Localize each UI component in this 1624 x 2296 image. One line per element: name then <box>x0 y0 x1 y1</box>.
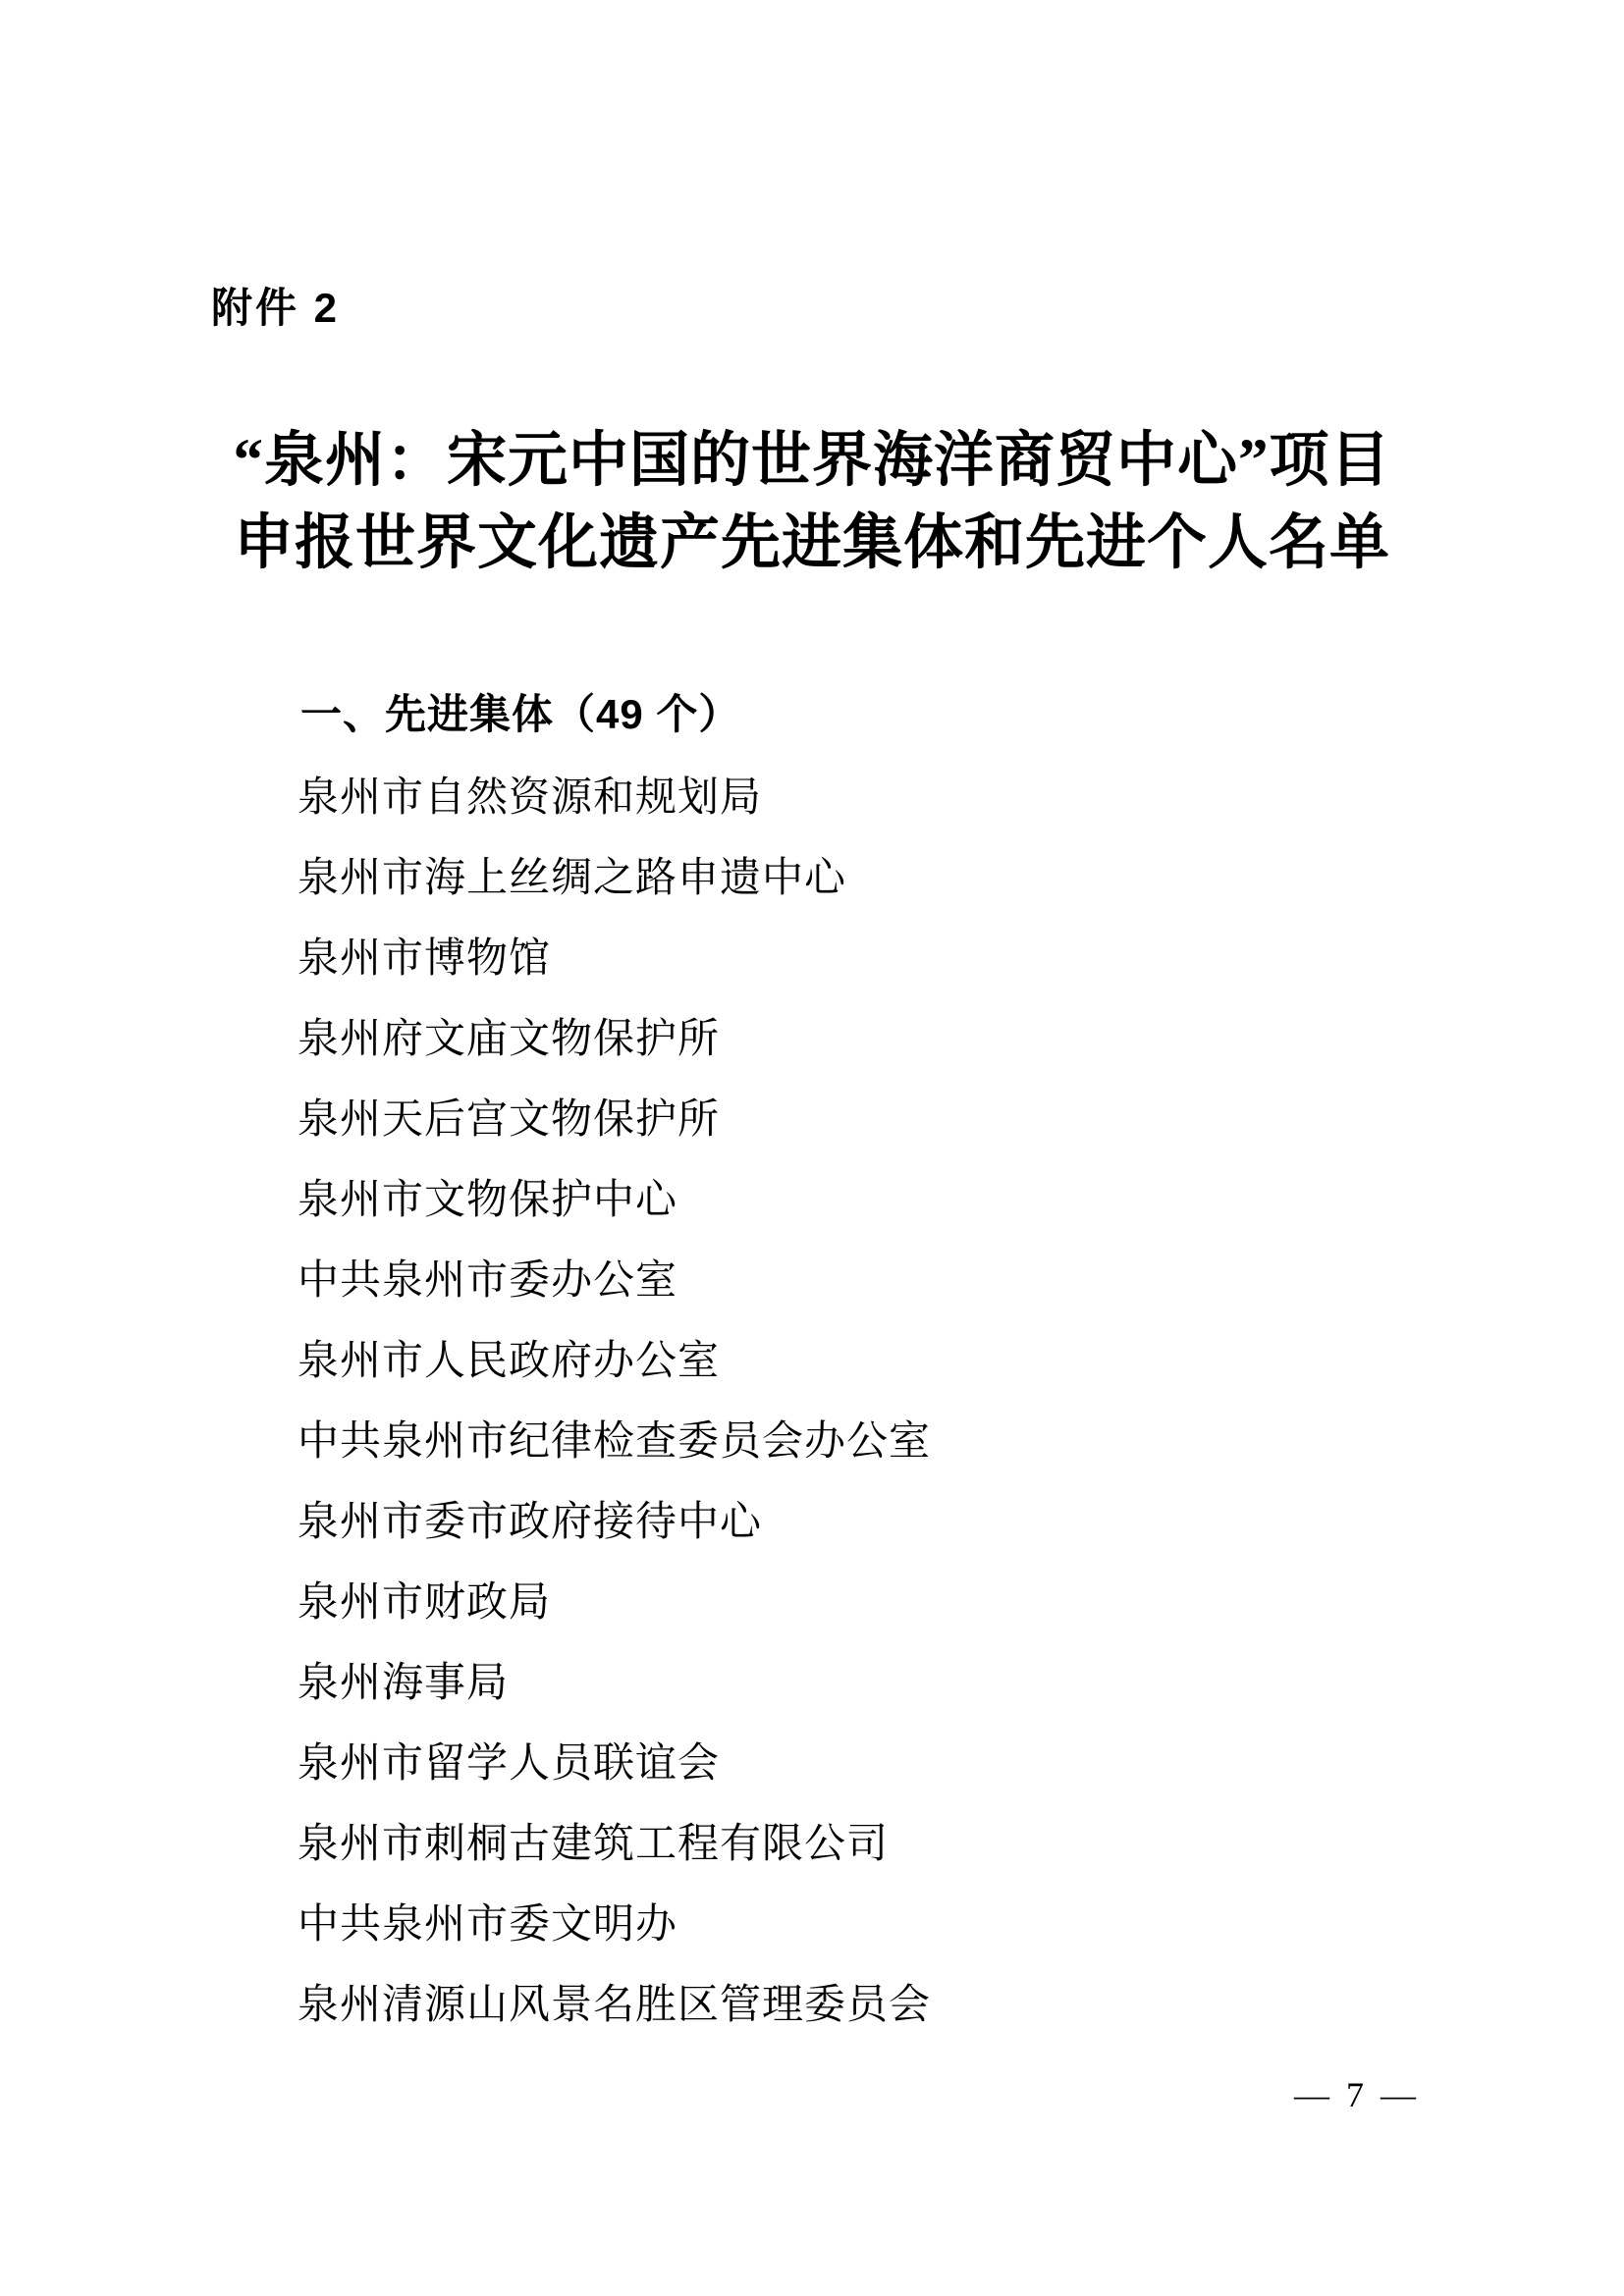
document-title-line-2: 申报世界文化遗产先进集体和先进个人名单 <box>0 503 1624 585</box>
list-item: 泉州市文物保护中心 <box>298 1160 931 1241</box>
list-item: 泉州市刺桐古建筑工程有限公司 <box>298 1804 931 1885</box>
list-item: 泉州天后宫文物保护所 <box>298 1080 931 1160</box>
list-item: 泉州海事局 <box>298 1643 931 1724</box>
list-item: 中共泉州市委文明办 <box>298 1885 931 1965</box>
document-page: 附件 2 “泉州：宋元中国的世界海洋商贸中心”项目 申报世界文化遗产先进集体和先… <box>0 0 1624 2296</box>
document-title-line-1: “泉州：宋元中国的世界海洋商贸中心”项目 <box>0 420 1624 503</box>
list-item: 泉州市海上丝绸之路申遗中心 <box>298 838 931 919</box>
list-item: 泉州清源山风景名胜区管理委员会 <box>298 1965 931 2046</box>
attachment-label: 附件 2 <box>211 285 340 332</box>
list-item: 泉州府文庙文物保护所 <box>298 999 931 1080</box>
list-item: 泉州市人民政府办公室 <box>298 1321 931 1402</box>
collectives-list: 泉州市自然资源和规划局 泉州市海上丝绸之路申遗中心 泉州市博物馆 泉州府文庙文物… <box>298 758 931 2046</box>
list-item: 泉州市委市政府接待中心 <box>298 1482 931 1563</box>
document-title: “泉州：宋元中国的世界海洋商贸中心”项目 申报世界文化遗产先进集体和先进个人名单 <box>0 420 1624 585</box>
list-item: 中共泉州市纪律检查委员会办公室 <box>298 1402 931 1482</box>
list-item: 泉州市自然资源和规划局 <box>298 758 931 838</box>
page-number: — 7 — <box>1294 2073 1420 2116</box>
section-heading-advanced-collectives: 一、先进集体（49 个） <box>300 691 740 738</box>
list-item: 中共泉州市委办公室 <box>298 1241 931 1321</box>
list-item: 泉州市博物馆 <box>298 919 931 999</box>
list-item: 泉州市留学人员联谊会 <box>298 1724 931 1804</box>
list-item: 泉州市财政局 <box>298 1563 931 1643</box>
